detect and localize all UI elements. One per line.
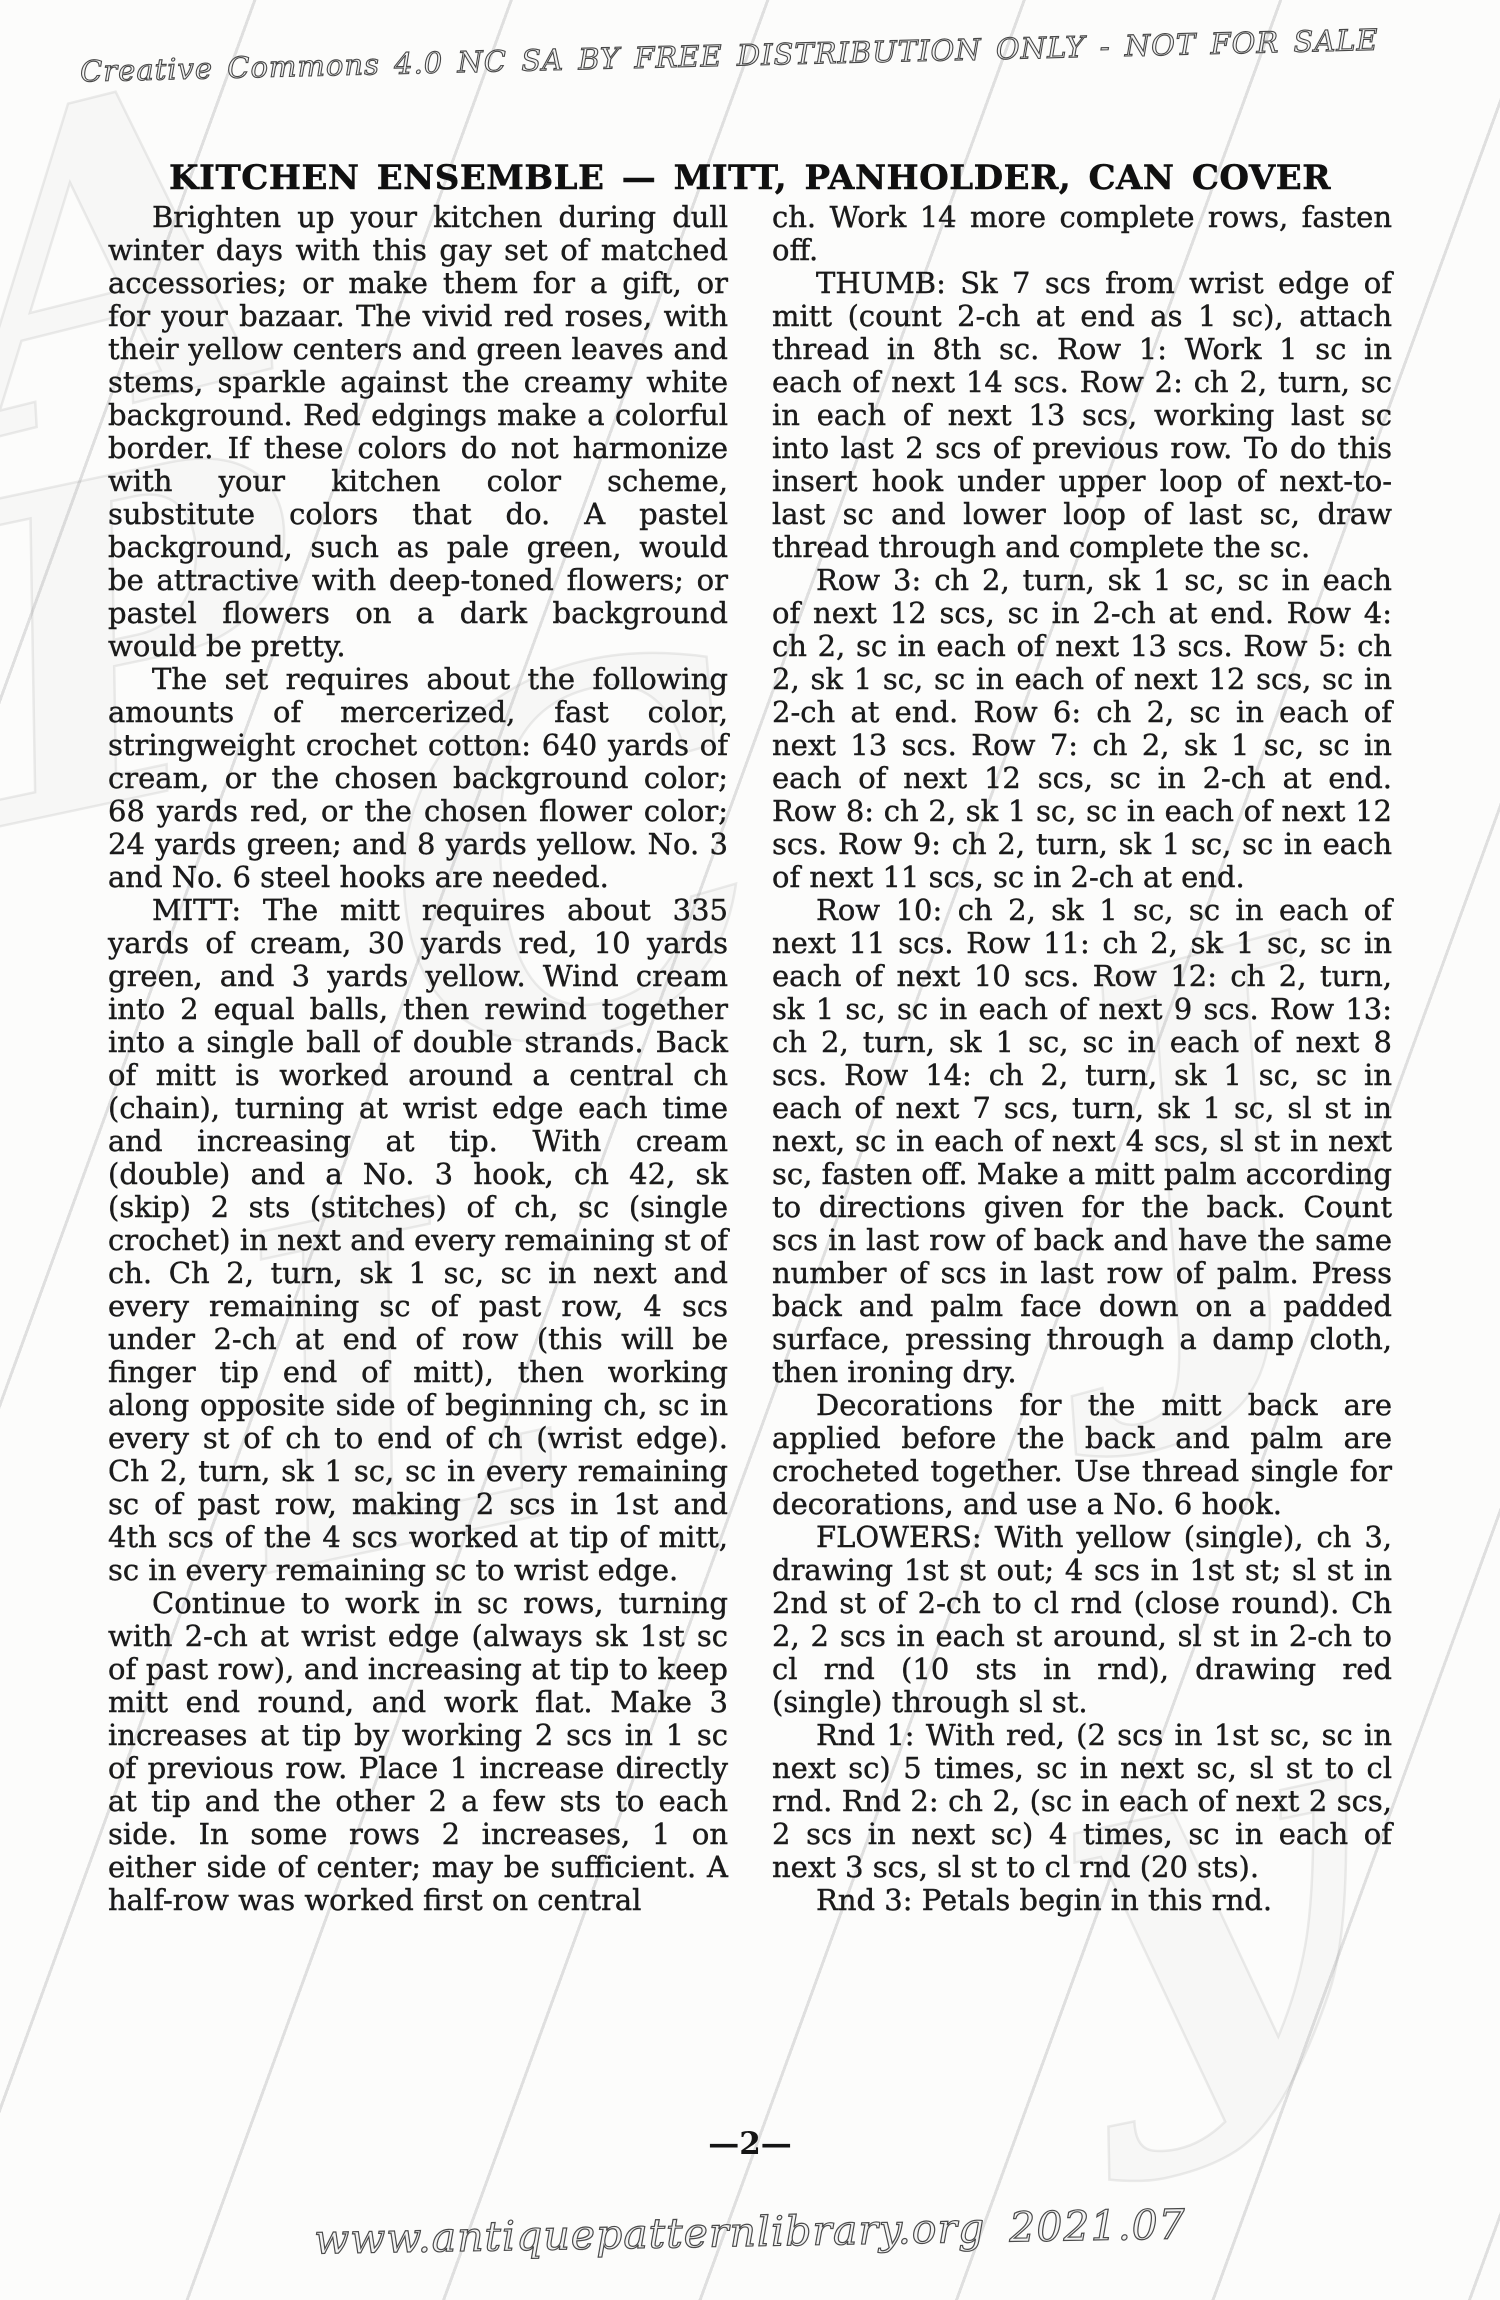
paragraph-continuation: ch. Work 14 more complete rows, fasten o… [772, 201, 1392, 267]
paragraph-decorations: Decorations for the mitt back are applie… [772, 1389, 1392, 1521]
page-number: —2— [0, 2126, 1500, 2162]
page-title: KITCHEN ENSEMBLE — MITT, PANHOLDER, CAN … [0, 158, 1500, 198]
paragraph-rows-3-9: Row 3: ch 2, turn, sk 1 sc, sc in each o… [772, 564, 1392, 894]
paragraph-thumb: THUMB: Sk 7 scs from wrist edge of mitt … [772, 267, 1392, 564]
paragraph-flowers: FLOWERS: With yellow (single), ch 3, dra… [772, 1521, 1392, 1719]
paragraph-materials: The set requires about the following amo… [108, 663, 728, 894]
paragraph-continue: Continue to work in sc rows, turning wit… [108, 1587, 728, 1917]
paragraph-round-3: Rnd 3: Petals begin in this rnd. [772, 1884, 1392, 1917]
footer-site-watermark-text: www.antiquepatternlibrary.org 2021.07 [0, 2195, 1500, 2269]
paragraph-rounds-1-2: Rnd 1: With red, (2 scs in 1st sc, sc in… [772, 1719, 1392, 1884]
text-column-left: Brighten up your kitchen during dull win… [108, 201, 728, 1917]
scanned-document-page: A P C L J y Creative Commons 4.0 NC SA B… [0, 0, 1500, 2300]
paragraph-rows-10-14: Row 10: ch 2, sk 1 sc, sc in each of nex… [772, 894, 1392, 1389]
paragraph-mitt: MITT: The mitt requires about 335 yards … [108, 894, 728, 1587]
paragraph-intro: Brighten up your kitchen during dull win… [108, 201, 728, 663]
text-column-right: ch. Work 14 more complete rows, fasten o… [772, 201, 1392, 1917]
license-watermark-text: Creative Commons 4.0 NC SA BY FREE DISTR… [80, 33, 941, 88]
